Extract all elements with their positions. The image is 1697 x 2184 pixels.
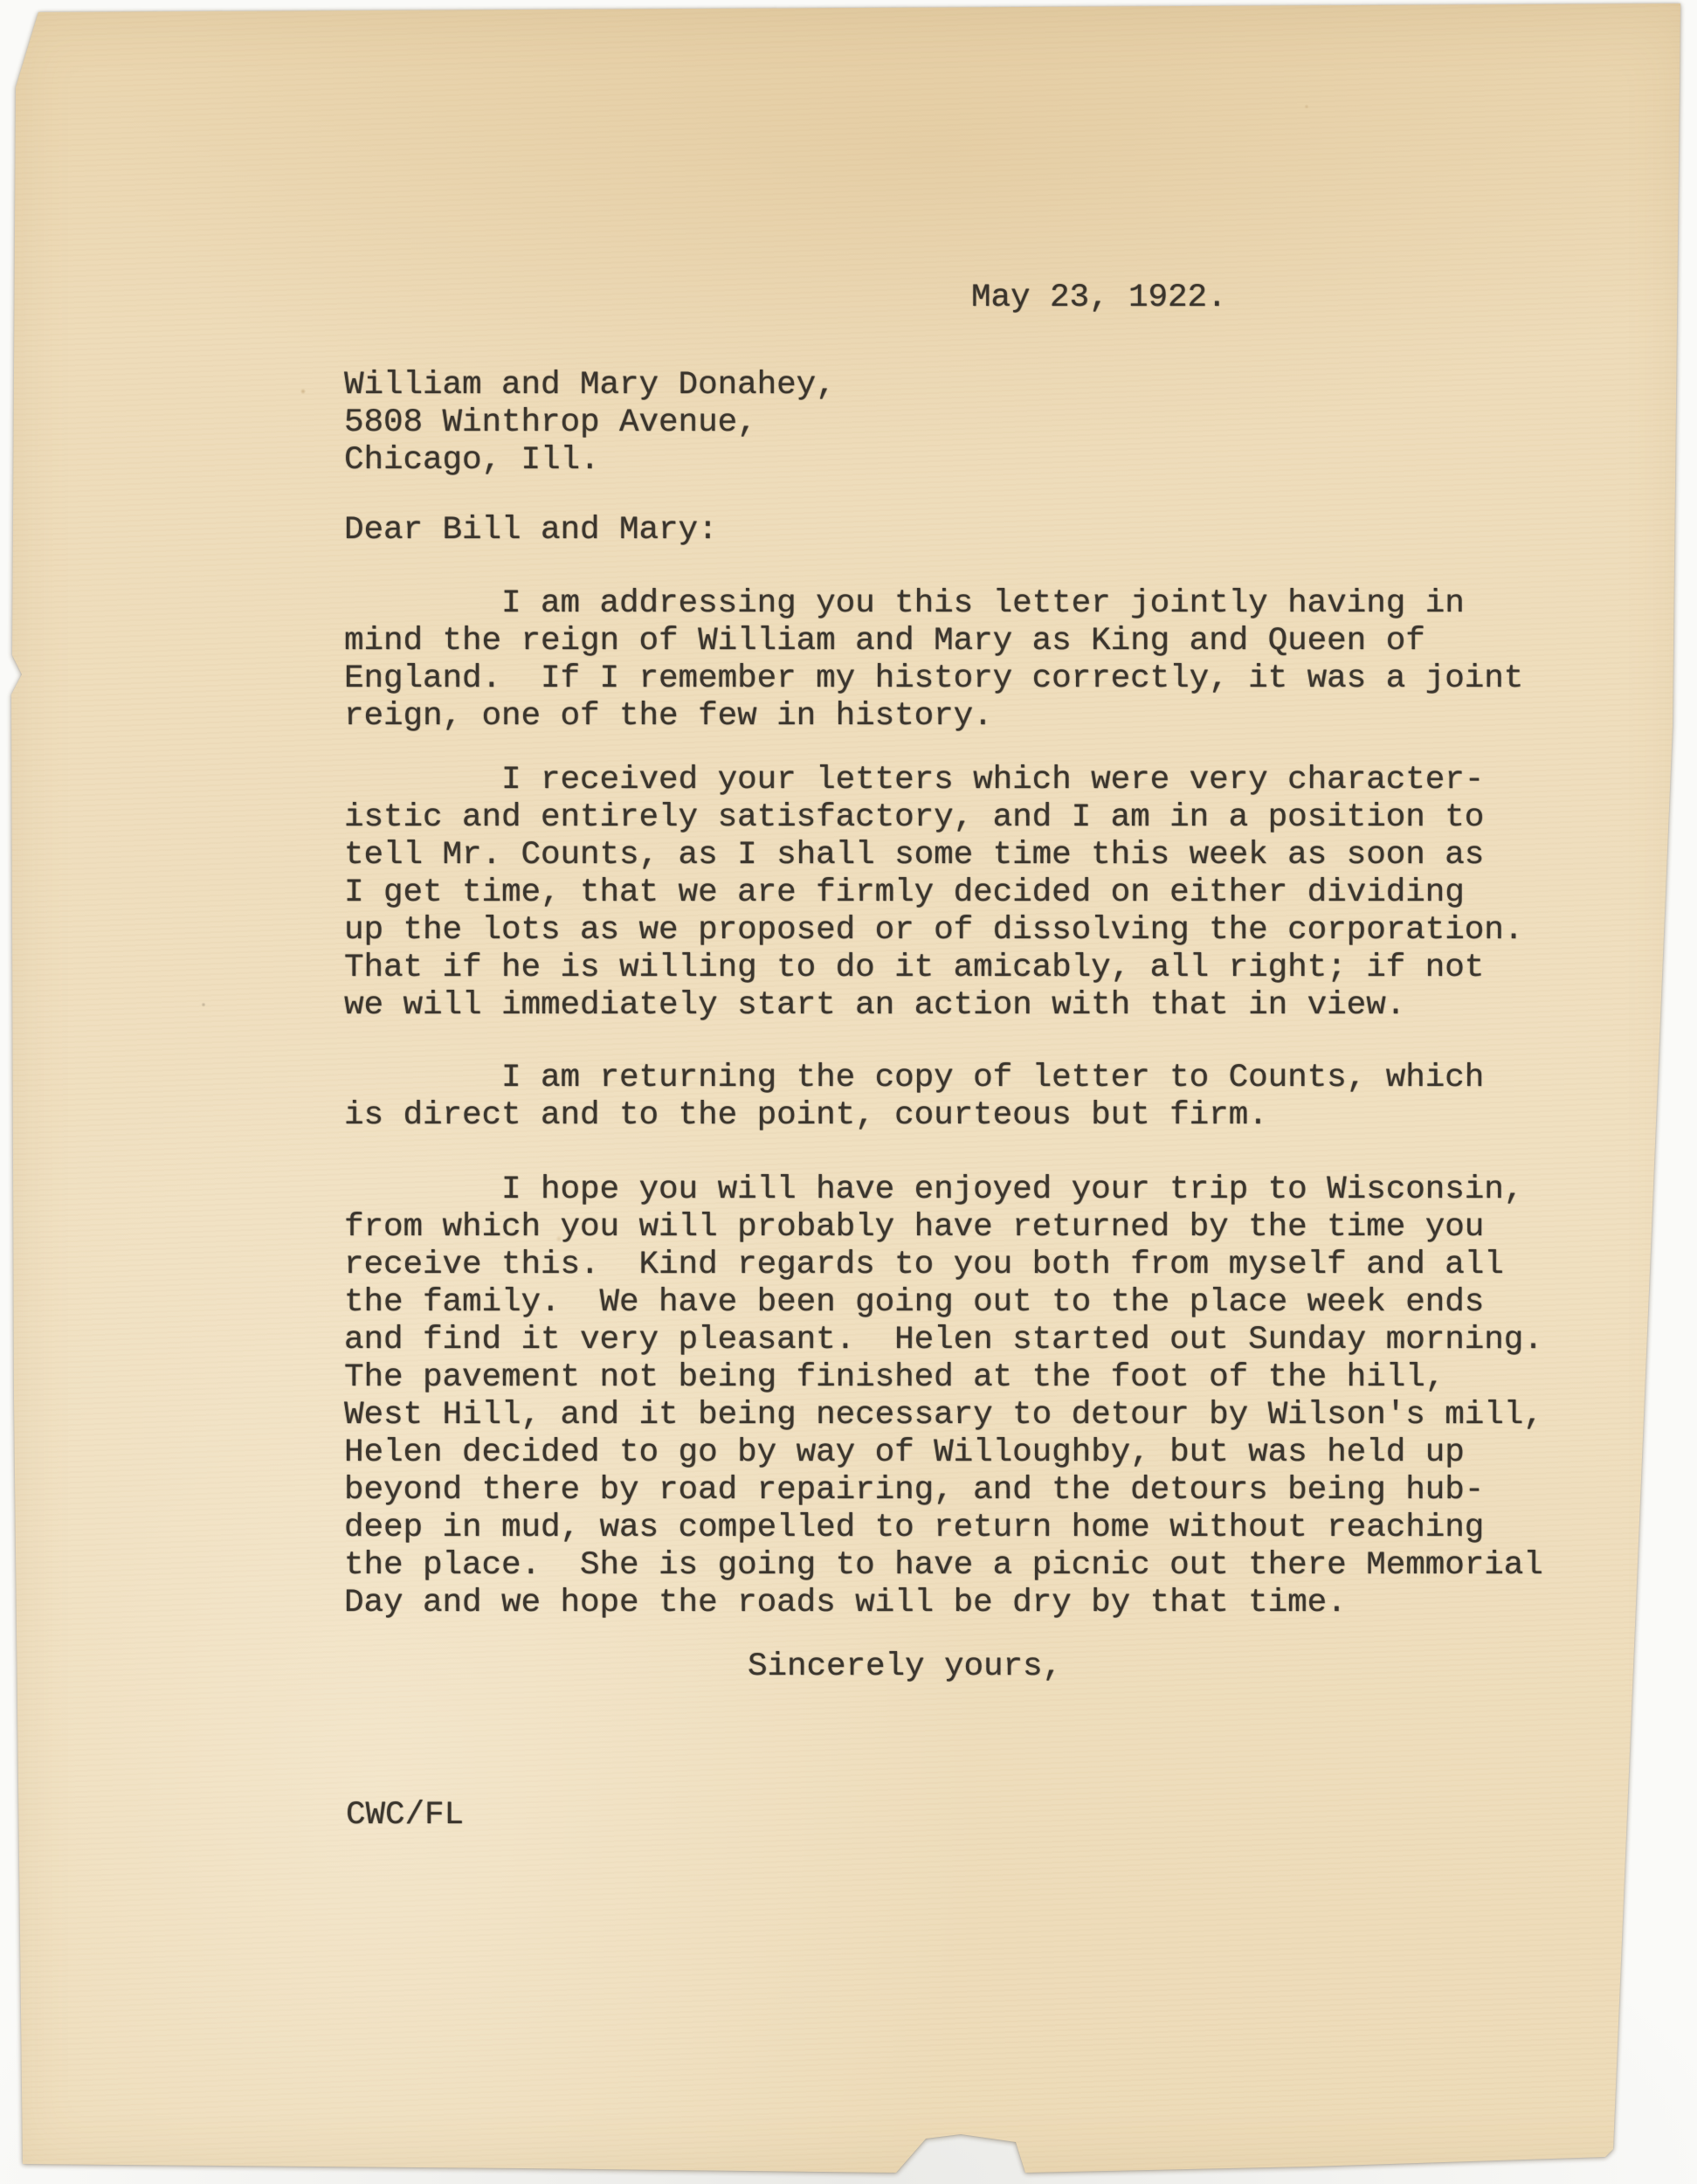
- complimentary-closing: Sincerely yours,: [748, 1648, 1062, 1686]
- body-paragraph-3: I am returning the copy of letter to Cou…: [344, 1060, 1484, 1135]
- letter-page: May 23, 1922. William and Mary Donahey, …: [0, 0, 1697, 2184]
- letter-date: May 23, 1922.: [971, 280, 1227, 317]
- body-paragraph-4: I hope you will have enjoyed your trip t…: [344, 1171, 1543, 1622]
- salutation: Dear Bill and Mary:: [344, 512, 718, 549]
- letter-page-shadow: May 23, 1922. William and Mary Donahey, …: [0, 0, 1697, 2184]
- body-paragraph-2: I received your letters which were very …: [344, 762, 1523, 1025]
- body-paragraph-1: I am addressing you this letter jointly …: [344, 585, 1523, 736]
- recipient-address: William and Mary Donahey, 5808 Winthrop …: [344, 367, 836, 480]
- typist-initials: CWC/FL: [346, 1797, 464, 1835]
- scan-background: May 23, 1922. William and Mary Donahey, …: [0, 0, 1697, 2184]
